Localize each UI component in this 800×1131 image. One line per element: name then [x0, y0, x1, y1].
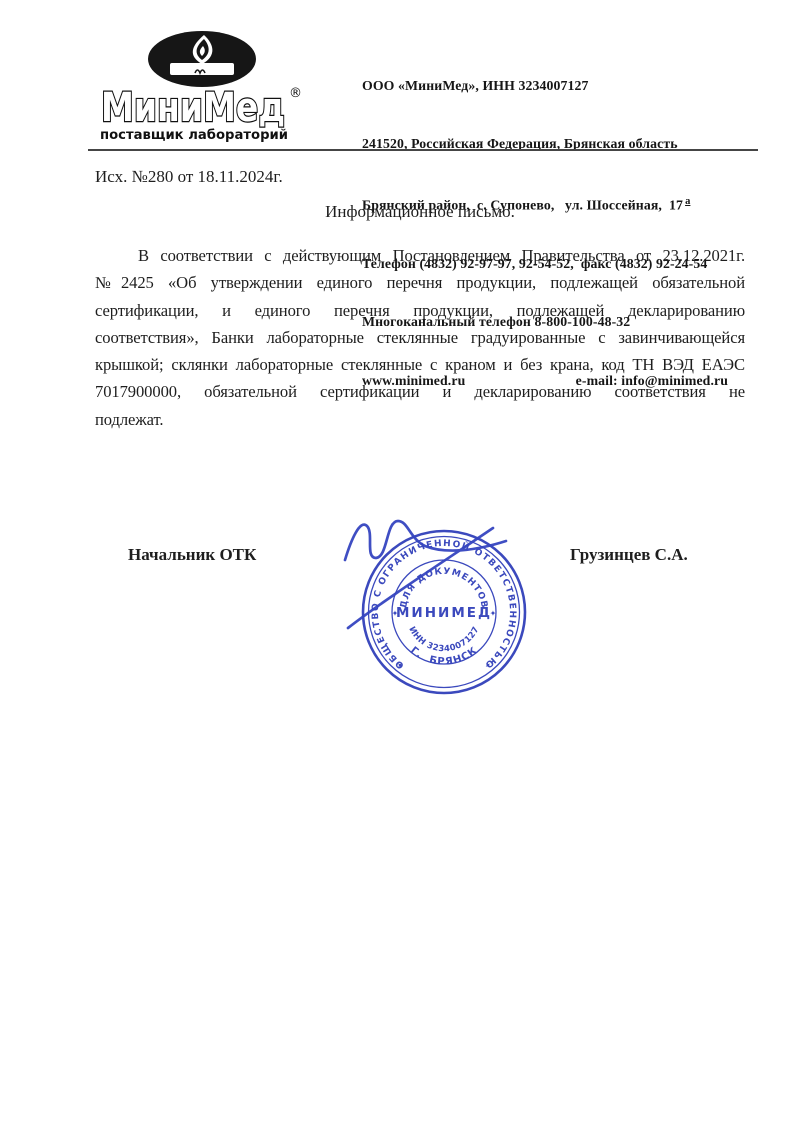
body-line: сертификации, и единого перечня продукци…: [95, 297, 745, 324]
minimed-logo: МиниМед ® поставщик лабораторий: [98, 26, 310, 146]
signatory-position: Начальник ОТК: [128, 545, 256, 565]
body-line: соответствия», Банки лабораторные стекля…: [95, 324, 745, 351]
letter-body: В соответствии с действующим Постановлен…: [95, 242, 745, 433]
signature-flourish-stroke: [345, 521, 506, 560]
brand-text: МиниМед: [101, 85, 285, 131]
signatory-name: Грузинцев С.А.: [570, 545, 688, 565]
outgoing-reference: Исх. №280 от 18.11.2024г.: [95, 167, 283, 187]
registered-mark: ®: [289, 86, 302, 101]
company-name-line: ООО «МиниМед», ИНН 3234007127: [362, 76, 728, 95]
body-line: крышкой; склянки лабораторные стеклянные…: [95, 351, 745, 378]
body-line: В соответствии с действующим Постановлен…: [95, 242, 745, 269]
letterhead-divider: [88, 149, 758, 151]
body-line: подлежат.: [95, 406, 745, 433]
brand-tagline: поставщик лабораторий: [100, 128, 288, 143]
spirit-lamp-flame-icon: [148, 31, 256, 87]
signature-graphic: [326, 496, 566, 696]
body-line: 7017900000, обязательной сертификации и …: [95, 378, 745, 405]
handwritten-signature: [326, 496, 566, 696]
letter-page: МиниМед ® поставщик лабораторий ООО «Мин…: [0, 0, 800, 1131]
body-line: №2425 «Об утверждении единого перечня пр…: [95, 269, 745, 296]
logo-graphic: МиниМед ® поставщик лабораторий: [98, 26, 310, 146]
letter-title: Информационное письмо.: [95, 202, 745, 222]
